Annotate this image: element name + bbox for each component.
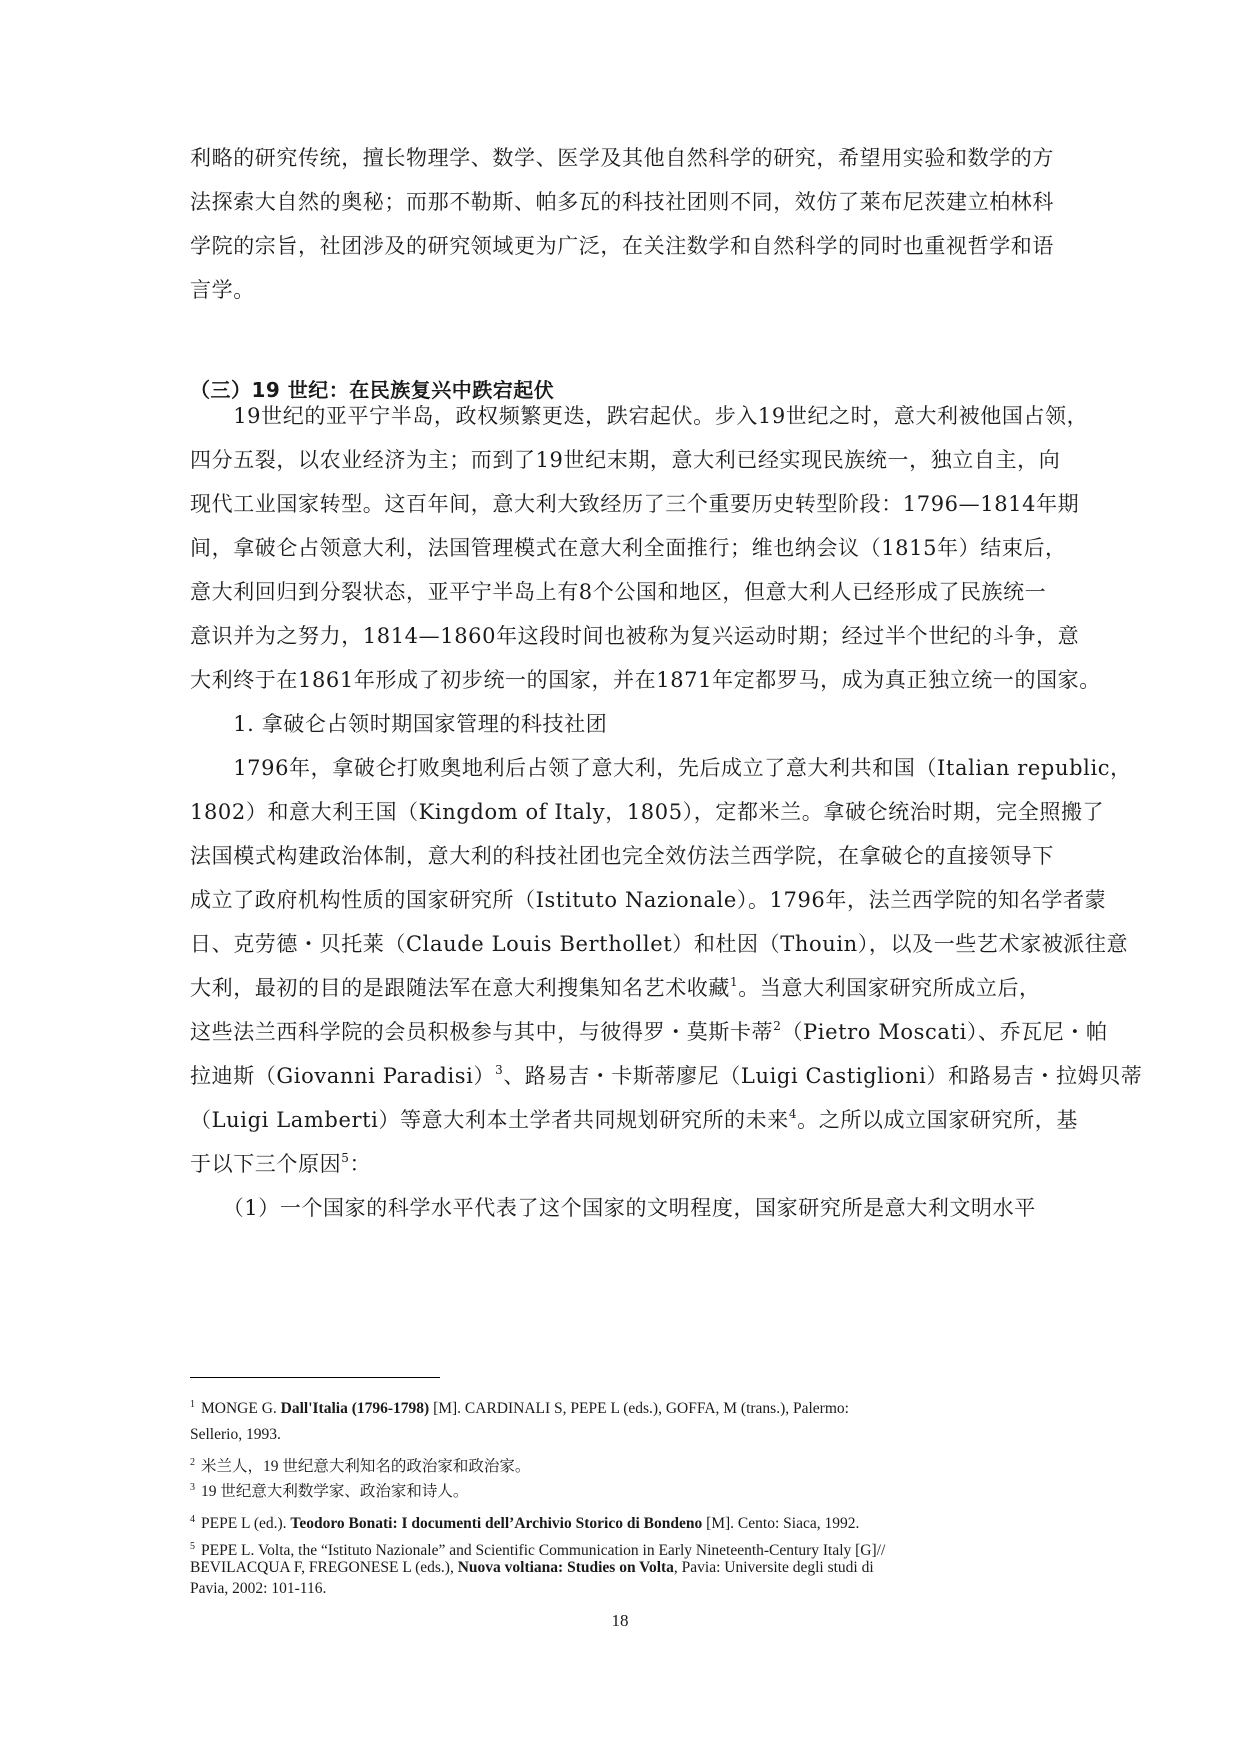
footnote-4: 4PEPE L (ed.). Teodoro Bonati: I documen… xyxy=(190,1509,1070,1534)
footnote-text: BEVILACQUA F, FREGONESE L (eds.), xyxy=(190,1559,458,1576)
text-line: 学院的宗旨，社团涉及的研究领域更为广泛，在关注数学和自然科学的同时也重视哲学和语 xyxy=(190,224,1060,268)
text-line: 日、克劳德・贝托莱（Claude Louis Berthollet）和杜因（Th… xyxy=(190,922,1060,966)
footnote-number: 2 xyxy=(190,1457,195,1468)
footnote-text: [M]. CARDINALI S, PEPE L (eds.), GOFFA, … xyxy=(429,1400,849,1417)
footnote-title: Dall'Italia (1796-1798) xyxy=(281,1400,430,1417)
text-line: （1）一个国家的科学水平代表了这个国家的文明程度，国家研究所是意大利文明水平 xyxy=(190,1186,1060,1230)
document-page: 利略的研究传统，擅长物理学、数学、医学及其他自然科学的研究，希望用实验和数学的方… xyxy=(0,0,1240,1753)
footnote-title: Teodoro Bonati: I documenti dell’Archivi… xyxy=(290,1515,702,1532)
footnote-5-line3: Pavia, 2002: 101-116. xyxy=(190,1578,1070,1599)
footnote-number: 1 xyxy=(190,1399,195,1410)
text-line: （Luigi Lamberti）等意大利本土学者共同规划研究所的未来4。之所以成… xyxy=(190,1098,1060,1142)
text-run: （Pietro Moscati）、乔瓦尼・帕 xyxy=(781,1020,1107,1044)
text-line: 大利，最初的目的是跟随法军在意大利搜集知名艺术收藏1。当意大利国家研究所成立后， xyxy=(190,966,1060,1010)
text-line: 成立了政府机构性质的国家研究所（Istituto Nazionale）。1796… xyxy=(190,878,1060,922)
footnote-ref-4[interactable]: 4 xyxy=(789,1107,797,1121)
text-line: 现代工业国家转型。这百年间，意大利大致经历了三个重要历史转型阶段：1796—18… xyxy=(190,482,1060,526)
text-line: 大利终于在1861年形成了初步统一的国家，并在1871年定都罗马，成为真正独立统… xyxy=(190,658,1060,702)
footnote-3: 319 世纪意大利数学家、政治家和诗人。 xyxy=(190,1477,1070,1502)
text-line: 意识并为之努力，1814—1860年这段时间也被称为复兴运动时期；经过半个世纪的… xyxy=(190,614,1060,658)
text-run: 于以下三个原因 xyxy=(190,1152,341,1176)
text-run: 。当意大利国家研究所成立后， xyxy=(738,976,1040,1000)
footnote-text: PEPE L (ed.). xyxy=(201,1515,290,1532)
footnote-5-line2: BEVILACQUA F, FREGONESE L (eds.), Nuova … xyxy=(190,1557,1070,1578)
text-line: 利略的研究传统，擅长物理学、数学、医学及其他自然科学的研究，希望用实验和数学的方 xyxy=(190,136,1060,180)
footnote-number: 3 xyxy=(190,1482,195,1493)
footnote-title: Nuova voltiana: Studies on Volta xyxy=(458,1559,674,1576)
text-run: 拉迪斯（Giovanni Paradisi） xyxy=(190,1064,495,1088)
text-line: 法探索大自然的奥秘；而那不勒斯、帕多瓦的科技社团则不同，效仿了莱布尼茨建立柏林科 xyxy=(190,180,1060,224)
text-line: 意大利回归到分裂状态，亚平宁半岛上有8个公国和地区，但意大利人已经形成了民族统一 xyxy=(190,570,1060,614)
text-line: 这些法兰西科学院的会员积极参与其中，与彼得罗・莫斯卡蒂2（Pietro Mosc… xyxy=(190,1010,1060,1054)
paragraph-napoleon: 1796年，拿破仑打败奥地利后占领了意大利，先后成立了意大利共和国（Italia… xyxy=(190,746,1060,1230)
paragraph-continued: 利略的研究传统，擅长物理学、数学、医学及其他自然科学的研究，希望用实验和数学的方… xyxy=(190,136,1060,312)
text-line: 19世纪的亚平宁半岛，政权频繁更迭，跌宕起伏。步入19世纪之时，意大利被他国占领… xyxy=(190,394,1060,438)
page-number: 18 xyxy=(0,1611,1240,1631)
footnote-1: 1MONGE G. Dall'Italia (1796-1798) [M]. C… xyxy=(190,1394,1070,1419)
footnote-ref-1[interactable]: 1 xyxy=(730,975,738,989)
footnote-separator xyxy=(190,1377,440,1378)
text-run: 。之所以成立国家研究所，基 xyxy=(797,1108,1078,1132)
text-line: 1802）和意大利王国（Kingdom of Italy，1805），定都米兰。… xyxy=(190,790,1060,834)
footnote-number: 4 xyxy=(190,1514,195,1525)
text-line: 四分五裂，以农业经济为主；而到了19世纪末期，意大利已经实现民族统一，独立自主，… xyxy=(190,438,1060,482)
footnote-text: 19 世纪意大利数学家、政治家和诗人。 xyxy=(201,1483,468,1500)
text-line: 于以下三个原因5： xyxy=(190,1142,1060,1186)
footnote-text: MONGE G. xyxy=(201,1400,281,1417)
footnote-text: [M]. Cento: Siaca, 1992. xyxy=(702,1515,859,1532)
text-run: 这些法兰西科学院的会员积极参与其中，与彼得罗・莫斯卡蒂 xyxy=(190,1020,773,1044)
footnote-2: 2米兰人，19 世纪意大利知名的政治家和政治家。 xyxy=(190,1452,1070,1477)
text-run: ： xyxy=(349,1152,371,1176)
text-run: （Luigi Lamberti）等意大利本土学者共同规划研究所的未来 xyxy=(190,1108,789,1132)
subsection-heading: 1. 拿破仑占领时期国家管理的科技社团 xyxy=(190,702,1060,746)
footnote-1-continued: Sellerio, 1993. xyxy=(190,1424,1070,1445)
text-line: 言学。 xyxy=(190,268,1060,312)
footnote-text: 米兰人，19 世纪意大利知名的政治家和政治家。 xyxy=(201,1458,530,1475)
text-line: 拉迪斯（Giovanni Paradisi）3、路易吉・卡斯蒂廖尼（Luigi … xyxy=(190,1054,1060,1098)
text-line: 间，拿破仑占领意大利，法国管理模式在意大利全面推行；维也纳会议（1815年）结束… xyxy=(190,526,1060,570)
text-run: 大利，最初的目的是跟随法军在意大利搜集知名艺术收藏 xyxy=(190,976,730,1000)
footnote-text: , Pavia: Universite degli studi di xyxy=(674,1559,874,1576)
text-run: 、路易吉・卡斯蒂廖尼（Luigi Castiglioni）和路易吉・拉姆贝蒂 xyxy=(503,1064,1142,1088)
paragraph-19th-century: 19世纪的亚平宁半岛，政权频繁更迭，跌宕起伏。步入19世纪之时，意大利被他国占领… xyxy=(190,394,1060,746)
text-line: 法国模式构建政治体制，意大利的科技社团也完全效仿法兰西学院，在拿破仑的直接领导下 xyxy=(190,834,1060,878)
text-line: 1796年，拿破仑打败奥地利后占领了意大利，先后成立了意大利共和国（Italia… xyxy=(190,746,1060,790)
footnote-number: 5 xyxy=(190,1541,195,1552)
